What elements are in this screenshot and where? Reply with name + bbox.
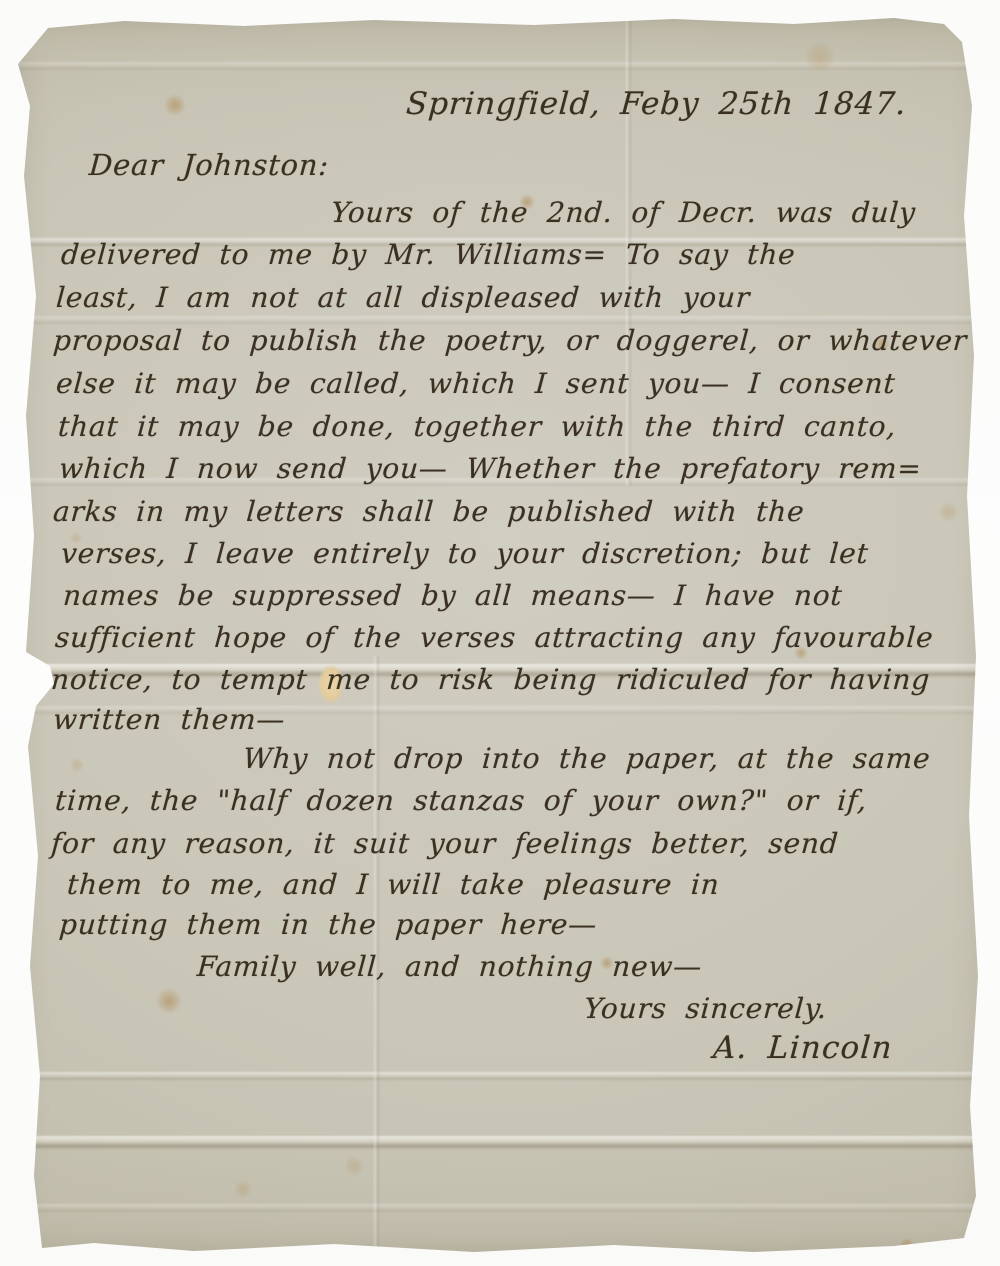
letter-body-line: Why not drop into the paper, at the same	[242, 742, 932, 775]
letter-body-line: which I now send you— Whether the prefat…	[58, 452, 923, 485]
letter-body-line: Yours of the 2nd. of Decr. was duly	[330, 196, 917, 229]
foxing-stain	[164, 94, 186, 116]
letter-salutation: Dear Johnston:	[88, 148, 330, 182]
letter-body-line: proposal to publish the poetry, or dogge…	[52, 324, 968, 357]
letter-body-line: them to me, and I will take pleasure in	[66, 868, 721, 901]
letter-body-line: else it may be called, which I sent you—…	[55, 367, 897, 400]
foxing-stain	[234, 1180, 252, 1198]
foxing-stain	[938, 502, 958, 522]
foxing-stain	[70, 758, 84, 772]
letter-body-line: delivered to me by Mr. Williams= To say …	[60, 238, 797, 271]
fold-crease	[14, 1204, 988, 1213]
letter-dateline: Springfield, Feby 25th 1847.	[405, 86, 908, 122]
letter-body-line: least, I am not at all displeased with y…	[55, 281, 751, 314]
letter-body-line: Family well, and nothing new—	[196, 950, 703, 983]
scan-background: Springfield, Feby 25th 1847. Dear Johnst…	[0, 0, 1000, 1266]
fold-crease	[14, 1136, 988, 1150]
letter-body-line: that it may be done, together with the t…	[57, 410, 897, 443]
letter-signature: A. Lincoln	[712, 1030, 894, 1066]
letter-body-line: time, the "half dozen stanzas of your ow…	[54, 784, 868, 817]
letter-paper: Springfield, Feby 25th 1847. Dear Johnst…	[14, 16, 988, 1256]
letter-body-line: arks in my letters shall be published wi…	[52, 495, 806, 528]
foxing-stain	[156, 988, 182, 1014]
letter-body-line: sufficient hope of the verses attracting…	[54, 621, 935, 654]
foxing-stain	[344, 1156, 364, 1176]
letter-body-line: written them—	[52, 703, 286, 736]
foxing-stain	[900, 1238, 914, 1252]
letter-body-line: notice, to tempt me to risk being ridicu…	[50, 663, 931, 696]
letter-closing: Yours sincerely.	[583, 992, 828, 1025]
letter-body-line: verses, I leave entirely to your discret…	[60, 537, 870, 570]
letter-body-line: putting them in the paper here—	[58, 908, 598, 941]
fold-crease	[14, 62, 988, 71]
letter-body-line: names be suppressed by all means— I have…	[62, 579, 844, 612]
letter-body-line: for any reason, it suit your feelings be…	[50, 827, 840, 860]
foxing-stain	[804, 42, 836, 72]
fold-crease	[14, 1072, 988, 1081]
